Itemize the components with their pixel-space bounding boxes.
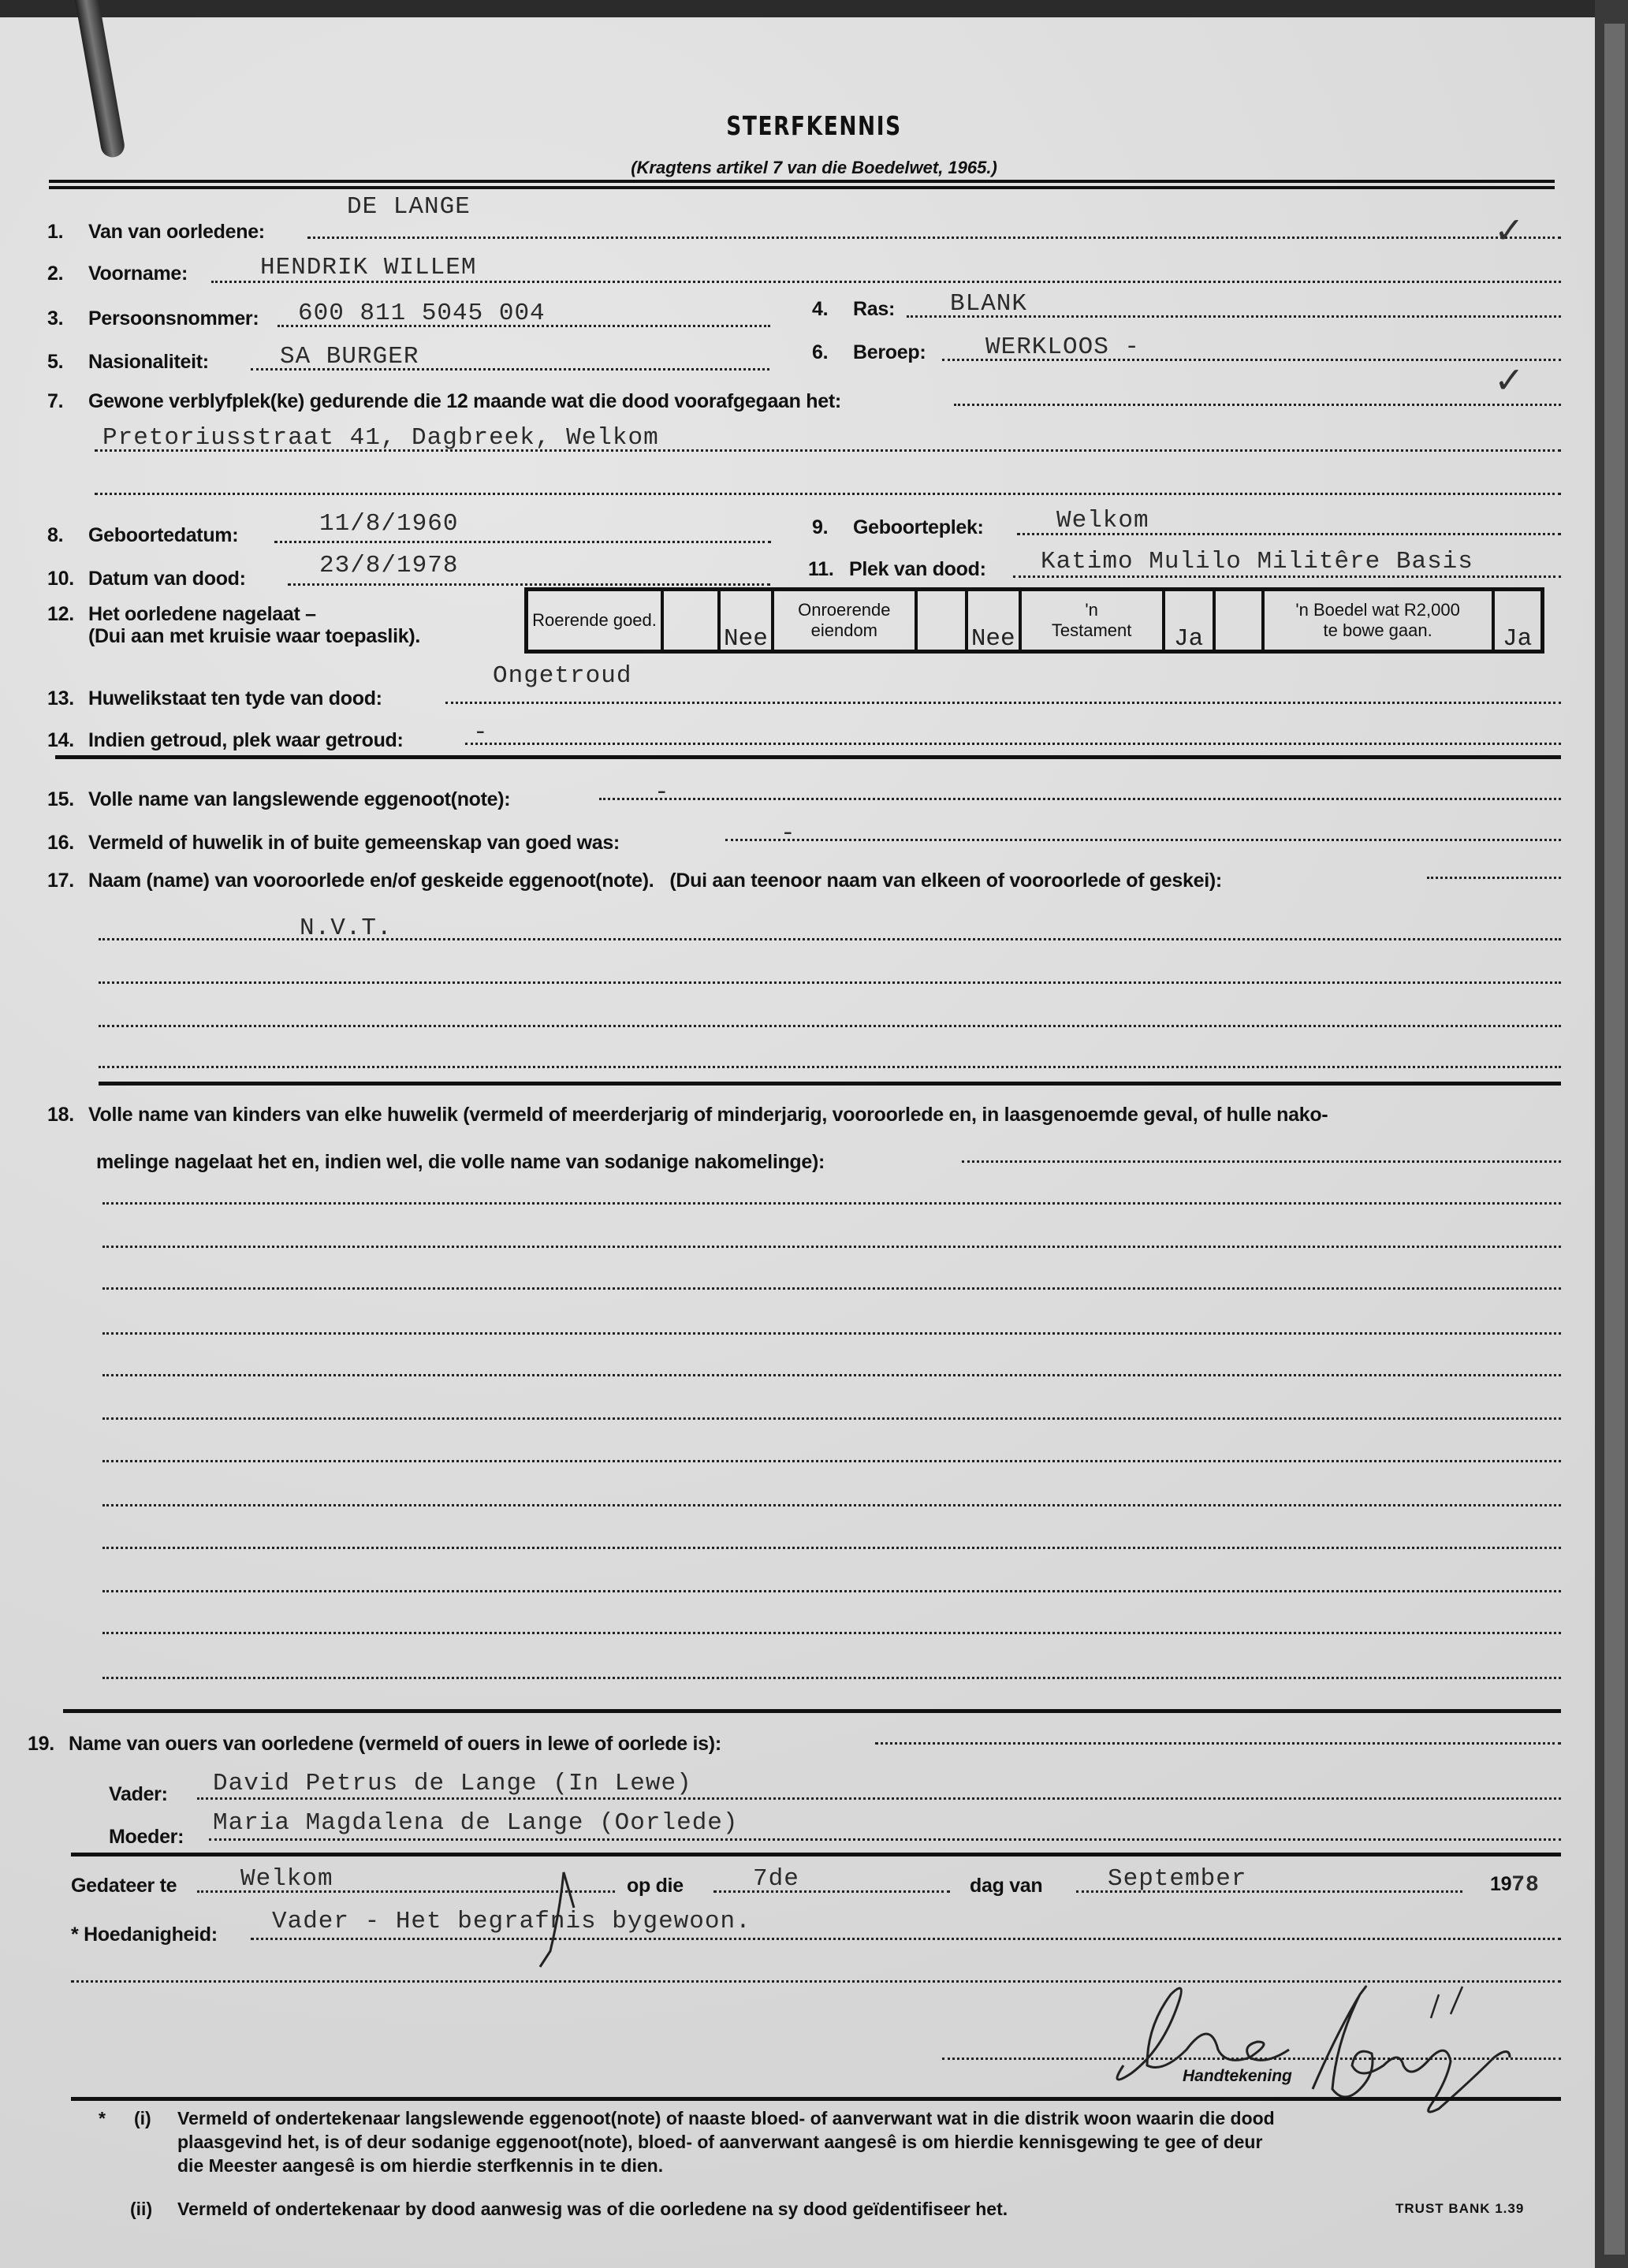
section-divider: [71, 1853, 1561, 1856]
field-3-number: 3.: [47, 307, 88, 330]
field-4-text: Ras:: [853, 298, 895, 320]
field-18-line-2[interactable]: [102, 1246, 1561, 1248]
field-19-number: 19.: [28, 1733, 69, 1756]
field-5-line: [251, 368, 769, 371]
section-divider: [71, 2097, 1561, 2101]
field-8-number: 8.: [47, 524, 88, 547]
field-13-text: Huwelikstaat ten tyde van dood:: [88, 687, 382, 709]
year-label: 1978: [1490, 1873, 1540, 1897]
field-6-label: 6.Beroep:: [812, 341, 926, 364]
field-18-line-10[interactable]: [102, 1590, 1561, 1592]
next-page-edge: [1604, 24, 1625, 2255]
form-paper: [0, 17, 1596, 2268]
dag-van-label: dag van: [970, 1875, 1042, 1897]
field-11-number: 11.: [808, 558, 849, 581]
field-1-line: [307, 236, 1561, 239]
testament-label-1: 'n: [1085, 600, 1097, 620]
field-1-number: 1.: [47, 221, 88, 244]
note-ii-line: Vermeld of ondertekenaar by dood aanwesi…: [177, 2197, 1008, 2221]
field-13-number: 13.: [47, 687, 88, 710]
field-11-label: 11.Plek van dood:: [808, 558, 986, 581]
field-1-value[interactable]: DE LANGE: [347, 193, 471, 221]
field-7-line-3: [95, 493, 1561, 495]
field-17-line-1: [99, 938, 1561, 940]
moeder-label: Moeder:: [109, 1826, 184, 1849]
hoedanigheid-value[interactable]: Vader - Het begrafnis bygewoon.: [272, 1908, 751, 1935]
field-15-line: [599, 798, 1561, 800]
note-i-line-3: die Meester aangesê is om hierdie sterfk…: [177, 2154, 663, 2177]
dag-van-value[interactable]: September: [1108, 1865, 1246, 1893]
header-rule-top: [49, 180, 1555, 183]
handtekening-label: Handtekening: [1183, 2067, 1292, 2086]
field-10-number: 10.: [47, 568, 88, 590]
field-10-line: [288, 583, 770, 586]
field-18-line-12[interactable]: [102, 1677, 1561, 1679]
testament-blank[interactable]: [1214, 590, 1263, 652]
field-19-text: Name van ouers van oorledene (vermeld of…: [69, 1733, 721, 1755]
field-9-text: Geboorteplek:: [853, 516, 984, 538]
field-16-text: Vermeld of huwelik in of buite gemeenska…: [88, 832, 620, 854]
check-mark-icon: ✓: [1494, 359, 1525, 401]
moeder-value[interactable]: Maria Magdalena de Lange (Oorlede): [213, 1809, 739, 1837]
field-18-text-1: Volle name van kinders van elke huwelik …: [88, 1104, 1328, 1126]
op-die-value[interactable]: 7de: [753, 1865, 799, 1893]
note-star: *: [99, 2106, 106, 2130]
testament-mark[interactable]: Ja: [1164, 590, 1214, 652]
field-3-value[interactable]: 600 811 5045 004: [298, 300, 546, 327]
section-divider: [55, 755, 1561, 759]
field-17-line-0: [1427, 877, 1561, 879]
section-divider: [99, 1082, 1561, 1086]
boedel-mark[interactable]: Ja: [1493, 590, 1543, 652]
field-18-line-1[interactable]: [102, 1202, 1561, 1205]
field-3-label: 3.Persoonsnommer:: [47, 307, 259, 330]
field-18-line-11[interactable]: [102, 1632, 1561, 1634]
note-i-line-1: Vermeld of ondertekenaar langslewende eg…: [177, 2106, 1275, 2130]
field-15-text: Volle name van langslewende eggenoot(not…: [88, 788, 510, 810]
field-4-line: [907, 315, 1561, 318]
year-prefix: 19: [1490, 1873, 1511, 1895]
field-18-line-5[interactable]: [102, 1374, 1561, 1376]
field-19-line-0: [875, 1742, 1561, 1745]
field-7-line-2: [95, 449, 1561, 452]
field-15-label: 15.Volle name van langslewende eggenoot(…: [47, 788, 510, 811]
field-17-line-3: [99, 1025, 1561, 1027]
field-16-value[interactable]: -: [780, 820, 796, 847]
field-10-text: Datum van dood:: [88, 568, 246, 590]
field-17-label: 17.Naam (name) van vooroorlede en/of ges…: [47, 870, 1222, 892]
field-14-number: 14.: [47, 729, 88, 752]
check-mark-icon: ✓: [1494, 209, 1525, 251]
field-11-line: [1013, 575, 1561, 578]
note-i-number: (i): [134, 2106, 151, 2130]
field-18-line-6[interactable]: [102, 1417, 1561, 1420]
field-14-line: [465, 743, 1561, 745]
field-2-line: [211, 281, 1561, 283]
note-i-line-2: plaasgevind het, is of deur sodanige egg…: [177, 2130, 1262, 2154]
field-13-line: [445, 702, 1561, 704]
moeder-line: [209, 1838, 1561, 1841]
field-6-line: [942, 359, 1561, 361]
gedateer-label: Gedateer te: [71, 1875, 177, 1897]
field-17-line-2: [99, 981, 1561, 984]
testament-label-2: Testament: [1052, 620, 1132, 640]
field-2-label: 2.Voorname:: [47, 263, 188, 285]
field-3-line: [278, 325, 770, 327]
field-12-instruction: (Dui aan met kruisie waar toepaslik).: [88, 625, 420, 648]
field-7-label: 7.Gewone verblyfplek(ke) gedurende die 1…: [47, 390, 841, 413]
field-7-value[interactable]: Pretoriusstraat 41, Dagbreek, Welkom: [102, 424, 659, 452]
vader-value[interactable]: David Petrus de Lange (In Lewe): [213, 1770, 692, 1797]
field-7-line-1: [954, 404, 1561, 406]
field-11-value[interactable]: Katimo Mulilo Militêre Basis: [1041, 548, 1473, 575]
field-12-text: Het oorledene nagelaat –: [88, 603, 316, 625]
field-4-number: 4.: [812, 298, 853, 321]
field-18-line-3[interactable]: [102, 1287, 1561, 1290]
gedateer-value[interactable]: Welkom: [240, 1865, 333, 1893]
hoedanigheid-label: * Hoedanigheid:: [71, 1924, 218, 1946]
field-2-number: 2.: [47, 263, 88, 285]
field-2-text: Voorname:: [88, 263, 188, 285]
field-4-label: 4.Ras:: [812, 298, 895, 321]
field-13-value[interactable]: Ongetroud: [493, 662, 631, 690]
field-7-text: Gewone verblyfplek(ke) gedurende die 12 …: [88, 390, 841, 412]
form-subtitle: (Kragtens artikel 7 van die Boedelwet, 1…: [0, 158, 1628, 178]
field-16-label: 16.Vermeld of huwelik in of buite gemeen…: [47, 832, 620, 855]
field-14-text: Indien getroud, plek waar getroud:: [88, 729, 404, 751]
roerende-goed-mark[interactable]: Nee: [719, 590, 773, 652]
form-title: STERFKENNIS: [163, 110, 1466, 141]
field-13-label: 13.Huwelikstaat ten tyde van dood:: [47, 687, 382, 710]
field-8-line: [274, 541, 771, 543]
field-5-number: 5.: [47, 351, 88, 374]
field-11-text: Plek van dood:: [849, 558, 986, 580]
field-17-number: 17.: [47, 870, 88, 892]
dag-van-line: [1076, 1890, 1462, 1893]
form-code: TRUST BANK 1.39: [1395, 2201, 1524, 2217]
field-9-line: [1017, 533, 1561, 535]
field-1-label: 1.Van van oorledene:: [47, 221, 265, 244]
field-3-text: Persoonsnommer:: [88, 307, 259, 330]
field-18-label: 18.Volle name van kinders van elke huwel…: [47, 1104, 1328, 1127]
field-18-label-2: melinge nagelaat het en, indien wel, die…: [96, 1151, 825, 1174]
field-9-value[interactable]: Welkom: [1056, 507, 1149, 534]
field-18-line-4[interactable]: [102, 1332, 1561, 1335]
field-15-number: 15.: [47, 788, 88, 811]
field-19-label: 19.Name van ouers van oorledene (vermeld…: [28, 1733, 721, 1756]
field-18-line-8[interactable]: [102, 1504, 1561, 1506]
roerende-goed-blank[interactable]: [662, 590, 719, 652]
field-16-line: [725, 839, 1561, 841]
field-12-label: 12.Het oorledene nagelaat –: [47, 603, 316, 626]
field-6-value[interactable]: WERKLOOS -: [985, 333, 1140, 361]
field-12-number: 12.: [47, 603, 88, 626]
field-18-line-7[interactable]: [102, 1460, 1561, 1462]
field-14-label: 14.Indien getroud, plek waar getroud:: [47, 729, 404, 752]
testament-label: 'nTestament: [1020, 590, 1164, 652]
op-die-label: op die: [627, 1875, 684, 1897]
field-8-value[interactable]: 11/8/1960: [319, 510, 458, 538]
header-rule-bottom: [49, 186, 1555, 189]
field-17-text: Naam (name) van vooroorlede en/of geskei…: [88, 870, 654, 892]
roerende-goed-label: Roerende goed.: [527, 590, 663, 652]
boedel-label: 'n Boedel wat R2,000te bowe gaan.: [1263, 590, 1493, 652]
field-8-label: 8.Geboortedatum:: [47, 524, 238, 547]
field-18-line-0[interactable]: [962, 1160, 1561, 1163]
op-die-line: [713, 1890, 950, 1893]
field-7-number: 7.: [47, 390, 88, 413]
initials-mark-icon: [512, 1864, 576, 1975]
hoedanigheid-line: [251, 1938, 1561, 1940]
boedel-label-2: te bowe gaan.: [1324, 620, 1432, 640]
field-9-label: 9.Geboorteplek:: [812, 516, 984, 539]
field-8-text: Geboortedatum:: [88, 524, 238, 546]
vader-label: Vader:: [109, 1783, 168, 1806]
note-ii-number: (ii): [130, 2197, 152, 2221]
field-18-number: 18.: [47, 1104, 88, 1127]
field-1-text: Van van oorledene:: [88, 221, 265, 243]
field-5-value[interactable]: SA BURGER: [280, 343, 419, 371]
field-18-line-9[interactable]: [102, 1547, 1561, 1549]
field-2-value[interactable]: HENDRIK WILLEM: [260, 254, 476, 281]
field-6-text: Beroep:: [853, 341, 926, 363]
section-divider: [63, 1709, 1561, 1713]
field-10-label: 10.Datum van dood:: [47, 568, 246, 590]
field-15-value[interactable]: -: [654, 779, 670, 806]
field-6-number: 6.: [812, 341, 853, 364]
onroerende-eiendom-mark[interactable]: Nee: [967, 590, 1020, 652]
field-4-value[interactable]: BLANK: [950, 290, 1027, 318]
boedel-label-1: 'n Boedel wat R2,000: [1295, 600, 1459, 620]
field-9-number: 9.: [812, 516, 853, 539]
field-5-label: 5.Nasionaliteit:: [47, 351, 209, 374]
field-10-value[interactable]: 23/8/1978: [319, 552, 458, 579]
field-17-line-4: [99, 1066, 1561, 1068]
field-17-instruction: (Dui aan teenoor naam van elkeen of voor…: [669, 870, 1222, 892]
onroerende-eiendom-blank[interactable]: [916, 590, 967, 652]
year-value[interactable]: 78: [1511, 1873, 1540, 1897]
field-16-number: 16.: [47, 832, 88, 855]
background-edge: [1595, 0, 1628, 2268]
onroerende-eiendom-label: Onroerende eiendom: [773, 590, 916, 652]
estate-checkbox-table: Roerende goed. Nee Onroerende eiendom Ne…: [524, 587, 1544, 654]
vader-line: [197, 1797, 1561, 1800]
field-5-text: Nasionaliteit:: [88, 351, 209, 373]
